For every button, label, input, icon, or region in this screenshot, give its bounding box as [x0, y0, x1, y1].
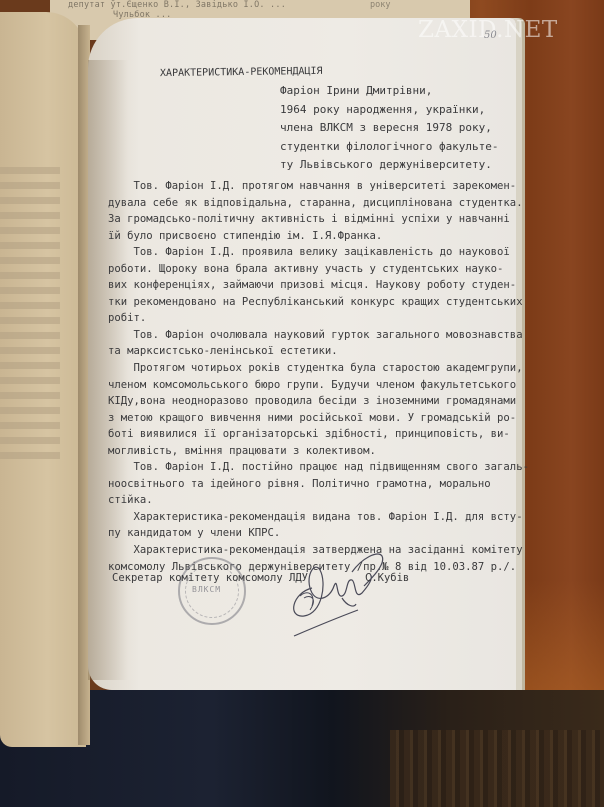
- text-line: їй було присвоєно стипендію ім. І.Я.Фран…: [108, 228, 529, 245]
- text-line: вих конференціях, займаючи призові місця…: [108, 277, 529, 294]
- text-line: робіт.: [108, 310, 529, 327]
- paragraph: Характеристика-рекомендація видана тов. …: [108, 509, 529, 542]
- text-line: Тов. Фаріон І.Д. проявила велику зацікав…: [108, 244, 529, 261]
- text-line: Тов. Фаріон очолювала науковий гурток за…: [108, 327, 529, 344]
- text-line: боті виявилися її організаторські здібно…: [108, 426, 529, 443]
- document-title: ХАРАКТЕРИСТИКА-РЕКОМЕНДАЦІЯ: [160, 64, 323, 83]
- background-fragment: року: [370, 0, 390, 10]
- text-line: з метою кращого вивчення ними російської…: [108, 410, 529, 427]
- text-line: Протягом чотирьох років студентка була с…: [108, 360, 529, 377]
- text-line: могливість, вміння працювати з колективо…: [108, 443, 529, 460]
- paragraph: Протягом чотирьох років студентка була с…: [108, 360, 529, 459]
- addressee-line: члена ВЛКСМ з вересня 1978 року,: [280, 119, 499, 138]
- text-line: роботи. Щороку вона брала активну участь…: [108, 261, 529, 278]
- text-line: дувала себе як відповідальна, старанна, …: [108, 195, 529, 212]
- handwritten-signature: [282, 548, 392, 638]
- paragraph: Тов. Фаріон І.Д. постійно працює над під…: [108, 459, 529, 509]
- floor-texture: [390, 730, 604, 807]
- text-line: Тов. Фаріон І.Д. постійно працює над під…: [108, 459, 529, 476]
- left-page: [0, 12, 86, 747]
- text-line: стійка.: [108, 492, 529, 509]
- paragraph: Тов. Фаріон І.Д. проявила велику зацікав…: [108, 244, 529, 327]
- paragraph: Тов. Фаріон І.Д. протягом навчання в уні…: [108, 178, 529, 244]
- stamp-label: ВЛКСМ: [192, 585, 221, 594]
- addressee-line: 1964 року народження, українки,: [280, 101, 499, 120]
- addressee-block: Фаріон Ірини Дмитрівни,1964 року народже…: [280, 82, 499, 175]
- text-line: За громадсько-політичну активність і від…: [108, 211, 529, 228]
- document-body: Тов. Фаріон І.Д. протягом навчання в уні…: [108, 178, 529, 575]
- text-line: ноосвітнього та ідейного рівня. Політичн…: [108, 476, 529, 493]
- text-line: КІДу,вона неодноразово проводила бесіди …: [108, 393, 529, 410]
- left-page-faded-text: [0, 167, 60, 467]
- text-line: пу кандидатом у члени КПРС.: [108, 525, 529, 542]
- paragraph: Тов. Фаріон очолювала науковий гурток за…: [108, 327, 529, 360]
- official-stamp: ВЛКСМ: [178, 557, 246, 625]
- signatory-title: Секретар комітету комсомолу ЛДУ: [112, 570, 308, 586]
- text-line: членом комсомольського бюро групи. Будуч…: [108, 377, 529, 394]
- background-line-1: депутат ўт.Єщенко В.І., Завідько І.О. ..…: [68, 0, 286, 10]
- text-line: та марксистсько-ленінської естетики.: [108, 343, 529, 360]
- text-line: тки рекомендовано на Республіканський ко…: [108, 294, 529, 311]
- addressee-line: ту Львівського держуніверситету.: [280, 156, 499, 175]
- addressee-line: Фаріон Ірини Дмитрівни,: [280, 82, 499, 101]
- addressee-line: студентки філологічного факульте-: [280, 138, 499, 157]
- background-document-text: депутат ўт.Єщенко В.І., Завідько І.О. ..…: [68, 0, 286, 20]
- text-line: Характеристика-рекомендація видана тов. …: [108, 509, 529, 526]
- text-line: Тов. Фаріон І.Д. протягом навчання в уні…: [108, 178, 529, 195]
- signatory-name: С.Кубів: [365, 570, 409, 586]
- page-number: 50: [484, 30, 497, 41]
